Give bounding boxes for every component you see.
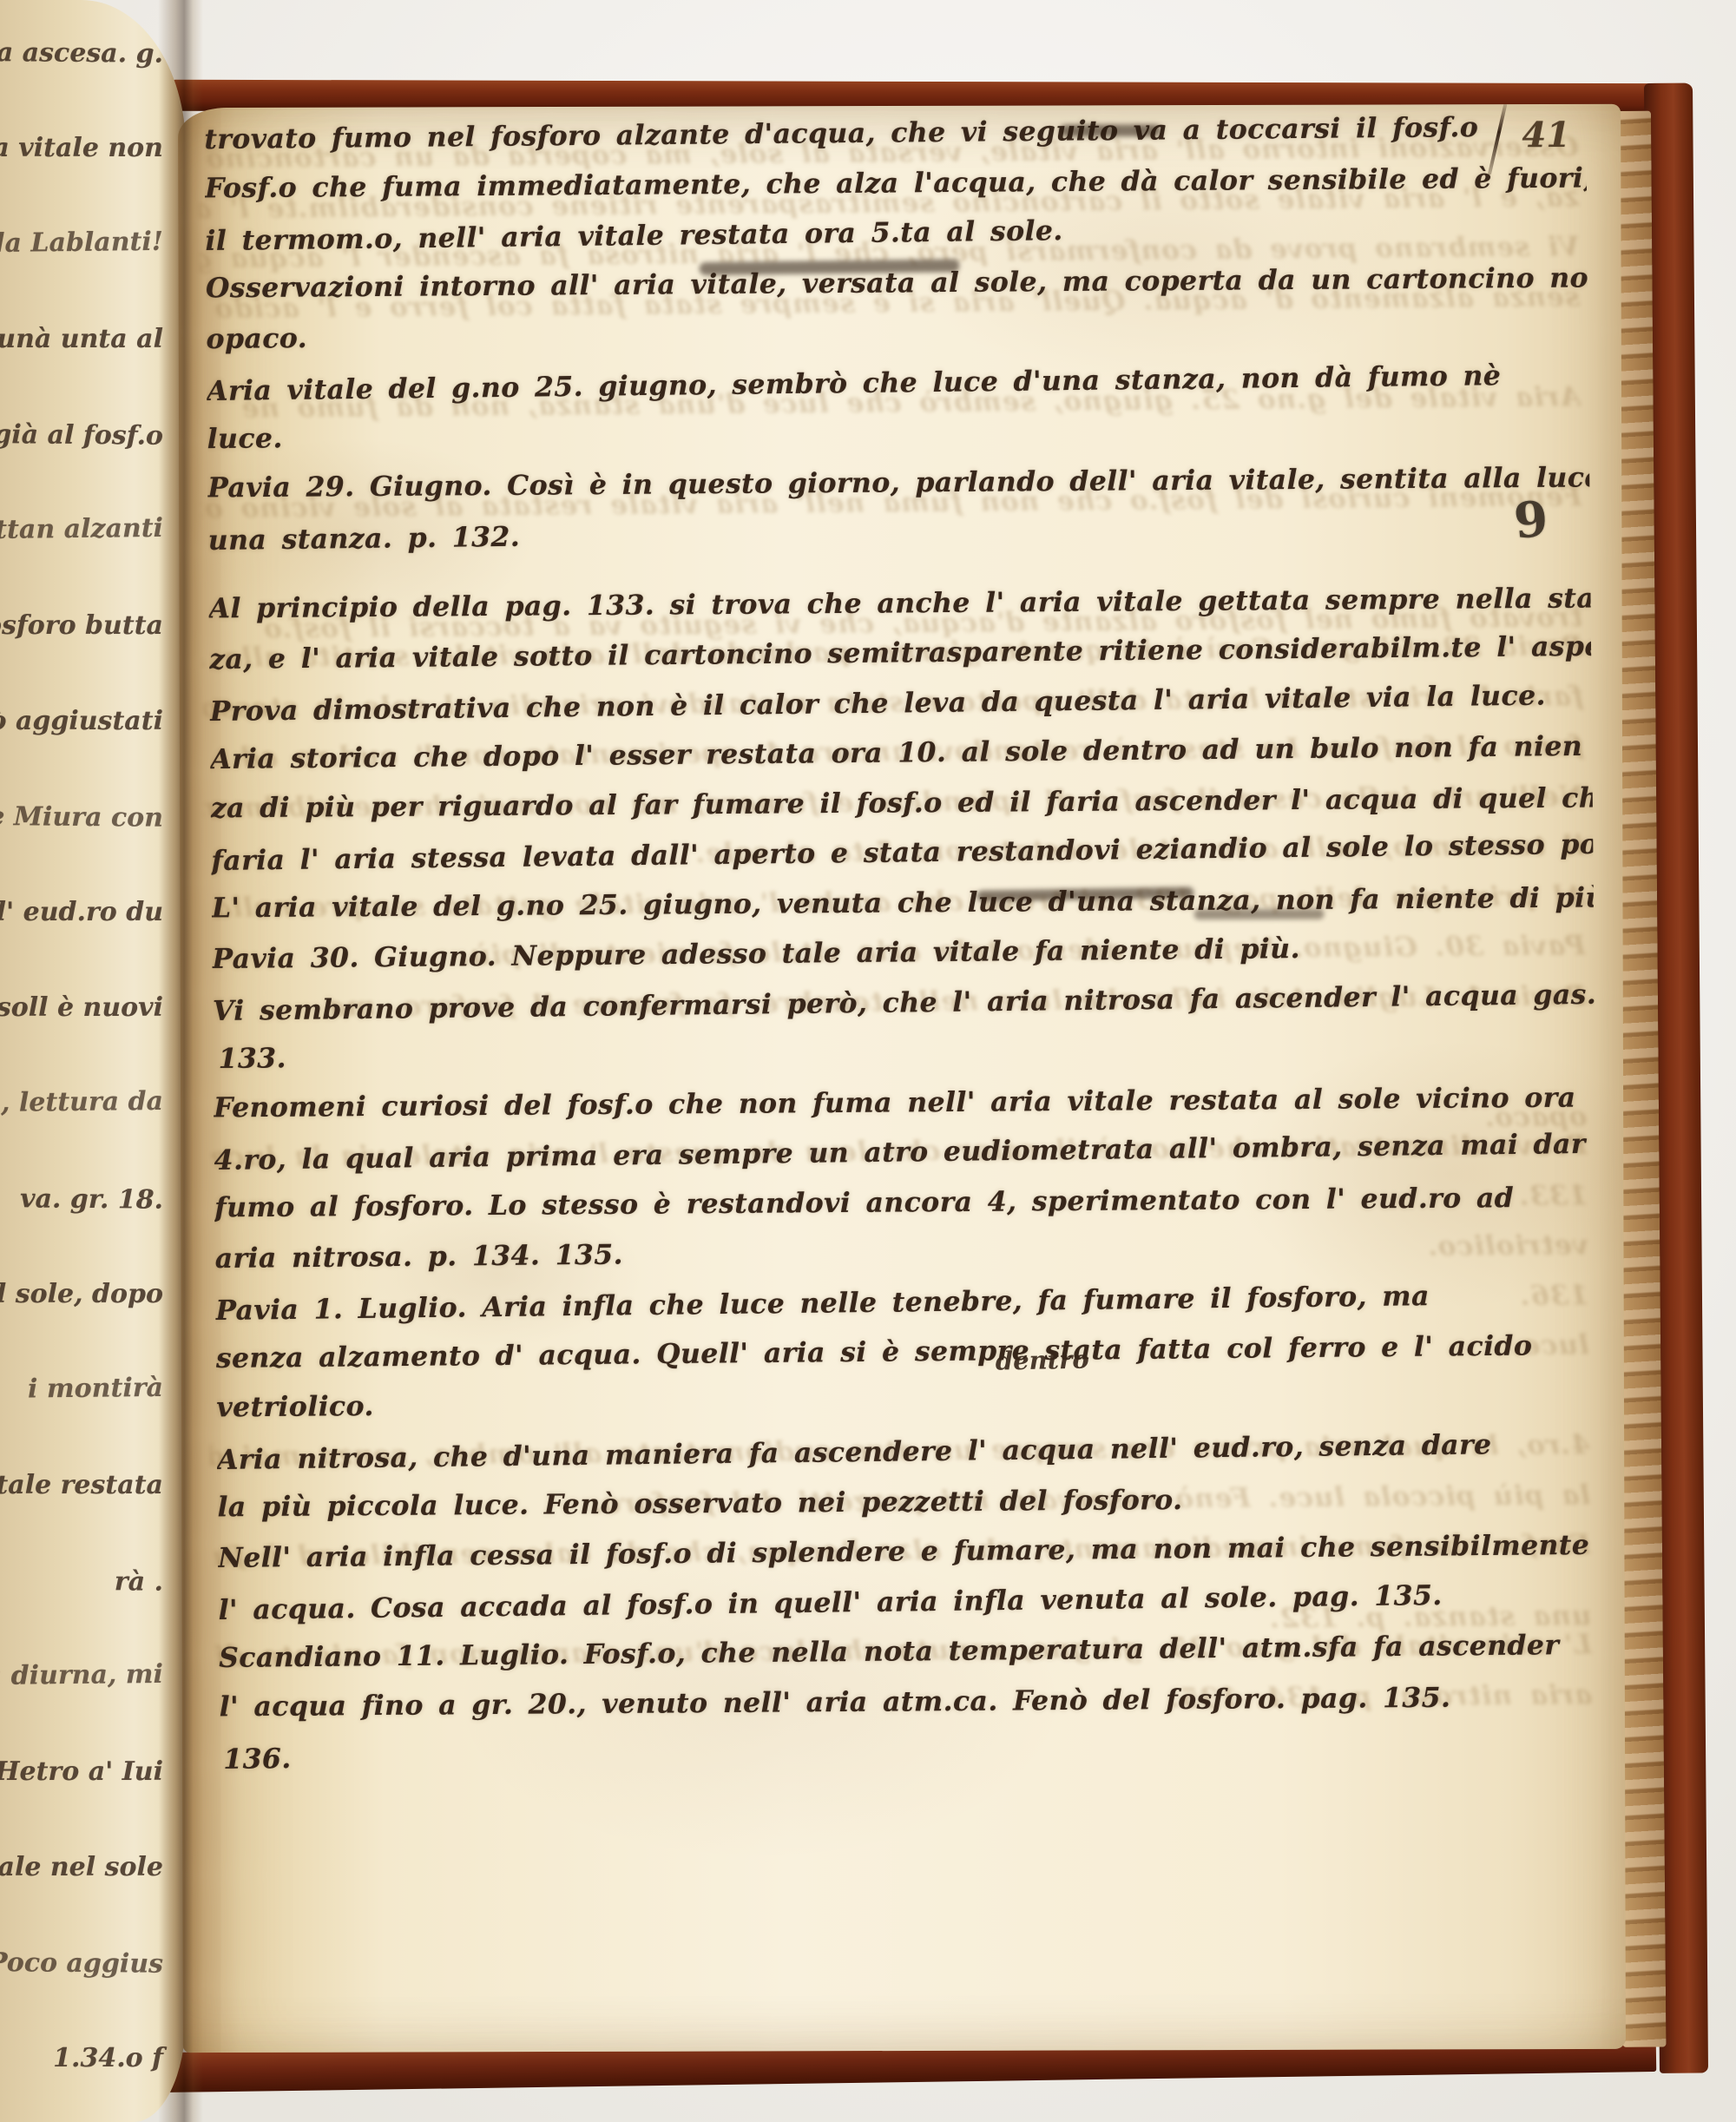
ink-smudge (1060, 124, 1161, 136)
facing-page-line-fragment: rà . (0, 1532, 163, 1630)
facing-page-line-fragment: luca diurna, mi (0, 1627, 164, 1726)
facing-page-line-fragment: va. gr. 18. (0, 1150, 163, 1248)
facing-page-line-fragment: Poco aggius (0, 1914, 163, 2012)
facing-page-line-fragment: e del sole, dopo (0, 1247, 163, 1342)
facing-page-edge: una ascesa. g.cha vitale nonrda Lablanti… (0, 0, 186, 2122)
manuscript-photo: una ascesa. g.cha vitale nonrda Lablanti… (0, 0, 1736, 2122)
stamp-number: 9 (1511, 490, 1550, 550)
manuscript-line: la più piccola luce. Fenò osservato nei … (217, 1472, 1599, 1532)
facing-page-line-fragment: a vitale restata (0, 1438, 163, 1533)
facing-page-line-fragment: à vitale nel sole (0, 1820, 163, 1915)
manuscript-line: fumo al fosforo. Lo stesso è restandovi … (214, 1172, 1596, 1232)
facing-page-line-fragment: 1.34.o f (0, 2011, 163, 2106)
ink-smudge (1193, 909, 1324, 919)
manuscript-line: L' aria vitale del g.no 25. giugno, venu… (212, 873, 1594, 932)
facing-page-line-fragment: nell' eud.ro du (0, 865, 163, 960)
facing-page-line-fragment: cha vitale non (0, 101, 163, 196)
folio-number-text: 41 (1522, 115, 1570, 155)
manuscript-line: Al principio della pag. 133. si trova ch… (208, 573, 1590, 633)
facing-page-line-fragment: le Miura con (0, 768, 163, 866)
facing-page-line-fragment: una ascesa. g. (0, 3, 163, 102)
text-lines: trovato fumo nel fosforo alzante d'acqua… (204, 104, 1604, 2053)
facing-page-line-fragment: darmò aggiustati (0, 674, 163, 769)
facing-page-line-fragment: Hetro a' Iui (0, 1724, 163, 1820)
facing-page-line-fragment: ra, lettura da (0, 1054, 164, 1153)
manuscript-page: Osservazioni intorno all' aria vitale, v… (178, 104, 1626, 2053)
facing-page-line-fragment: al soll è nuovi (0, 960, 163, 1056)
facing-page-line-fragment: già al fosf.o (0, 386, 163, 484)
facing-page-line-fragment: . Stettan alzanti (0, 481, 164, 580)
facing-page-line-fragment: rda Lablanti! (0, 194, 164, 293)
folio-number: 41 (1522, 115, 1570, 155)
facing-page-line-fragment: 2. Fosforo butta (0, 578, 163, 674)
facing-page-text-fragments: una ascesa. g.cha vitale nonrda Lablanti… (0, 5, 186, 2106)
facing-page-line-fragment: i montirà (0, 1341, 164, 1440)
facing-page-line-fragment: alunà unta al (0, 292, 163, 387)
interline-insert-word: dentro (996, 1344, 1090, 1375)
